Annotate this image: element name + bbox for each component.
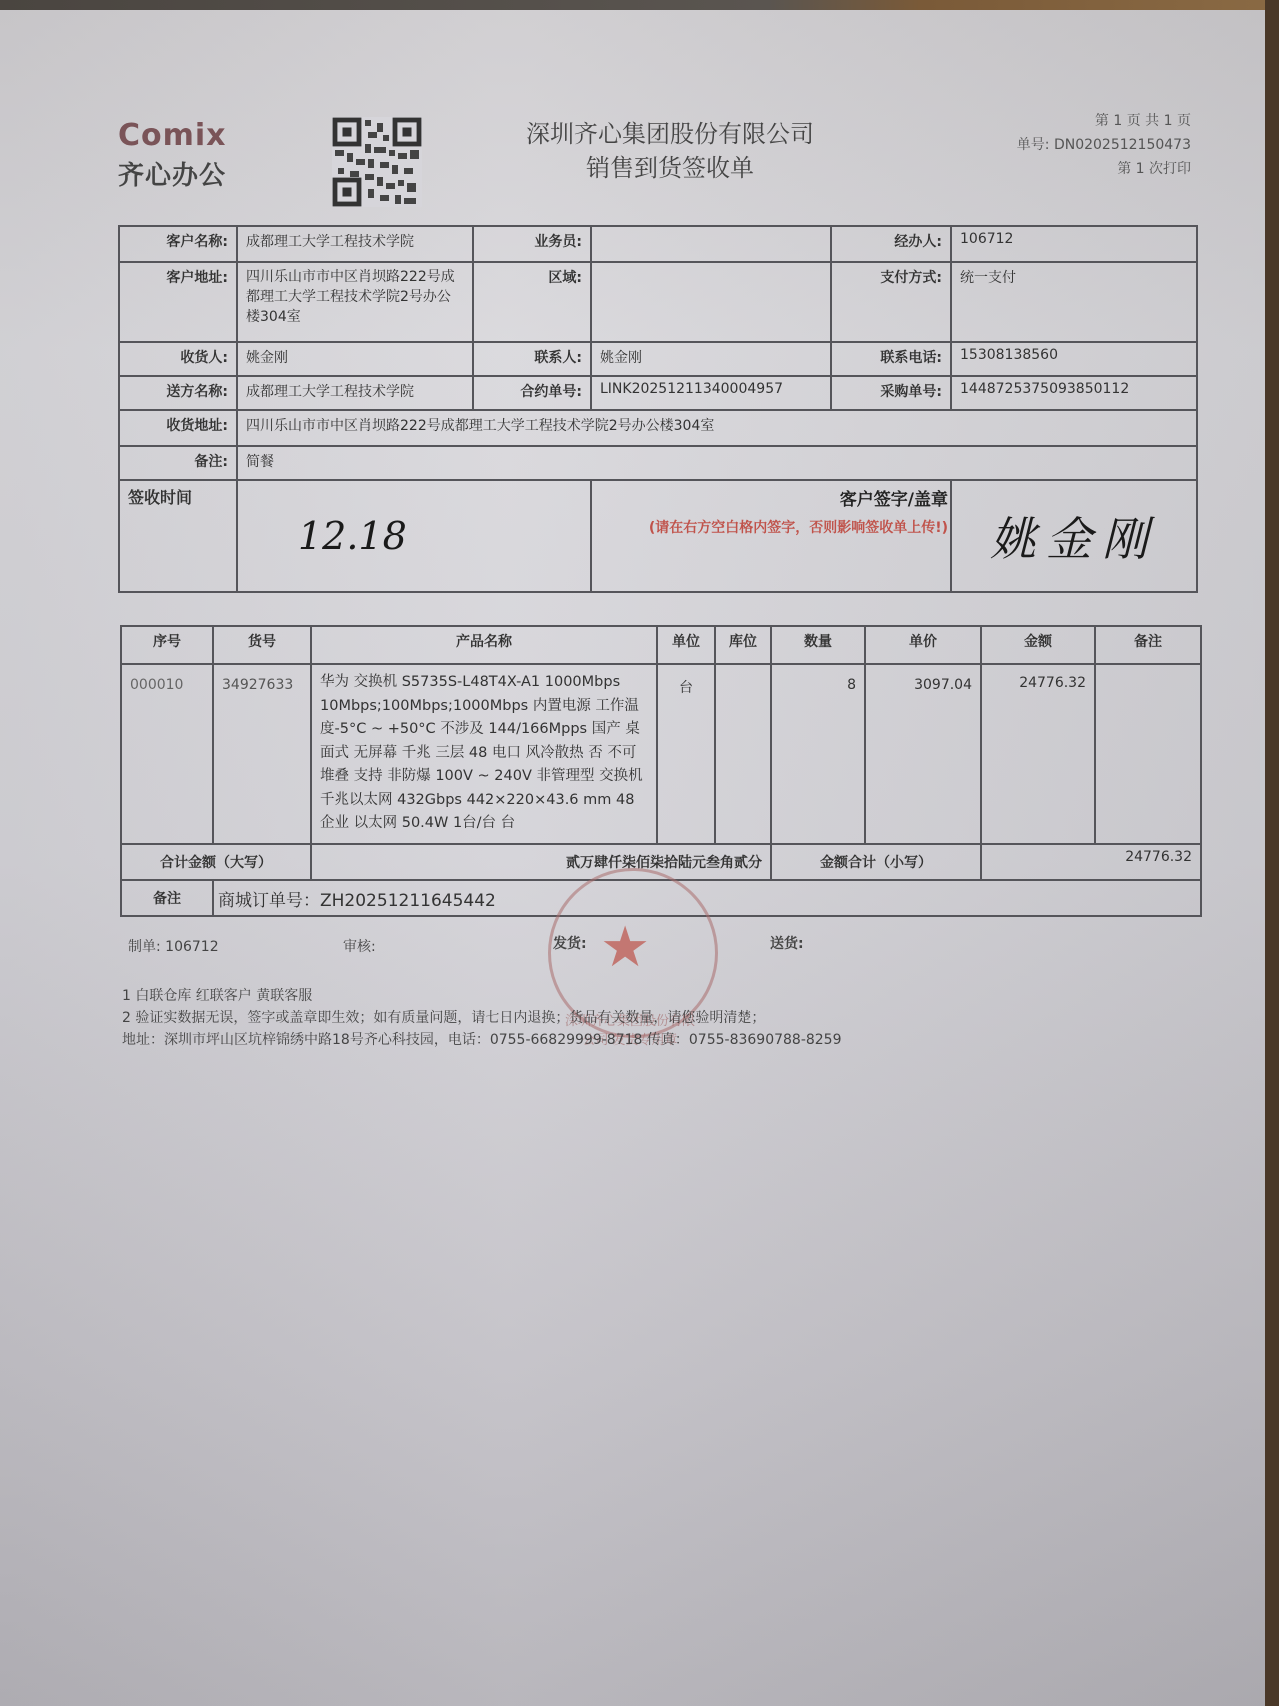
company-name: 深圳齐心集团股份有限公司 <box>480 114 860 149</box>
purchase-number: 1448725375093850112 <box>951 376 1197 410</box>
document-title: 销售到货签收单 <box>480 148 860 183</box>
total-upper-label: 合计金额（大写） <box>121 844 311 880</box>
receiver-label: 收货人: <box>119 342 237 376</box>
col-location: 库位 <box>715 626 771 664</box>
total-lower-label: 金额合计（小写） <box>771 844 981 880</box>
customer-info-table: 客户名称: 成都理工大学工程技术学院 业务员: 经办人: 106712 客户地址… <box>118 225 1198 593</box>
receiver: 姚金刚 <box>237 342 473 376</box>
salesperson <box>591 226 831 262</box>
page-info: 第 1 页 共 1 页 <box>1095 110 1191 130</box>
payment-label: 支付方式: <box>831 262 951 342</box>
doc-number: 单号: DN0202512150473 <box>1017 134 1191 154</box>
phone: 15308138560 <box>951 342 1197 376</box>
items-header-row: 序号 货号 产品名称 单位 库位 数量 单价 金额 备注 <box>121 626 1201 664</box>
item-sku: 34927633 <box>213 664 311 844</box>
customer-address-label: 客户地址: <box>119 262 237 342</box>
col-price: 单价 <box>865 626 981 664</box>
contact-label: 联系人: <box>473 342 591 376</box>
maker: 制单: 106712 <box>128 936 219 956</box>
doc-number-value: DN0202512150473 <box>1054 137 1191 153</box>
signature-label: 客户签字/盖章 <box>600 485 948 510</box>
col-sku: 货号 <box>213 626 311 664</box>
handler-label: 经办人: <box>831 226 951 262</box>
deliver-label: 送货: <box>770 933 804 953</box>
logo-comix: Comix <box>118 118 227 153</box>
col-seq: 序号 <box>121 626 213 664</box>
footer-note-terms: 2 验证实数据无误，签字或盖章即生效；如有质量问题，请七日内退换；货品有关数量，… <box>122 1007 765 1027</box>
maker-label: 制单: <box>128 939 161 955</box>
col-product-name: 产品名称 <box>311 626 657 664</box>
delivery-address-label: 收货地址: <box>119 410 237 446</box>
col-remark: 备注 <box>1095 626 1201 664</box>
contract-number: LINK20251211340004957 <box>591 376 831 410</box>
item-seq: 000010 <box>121 664 213 844</box>
contract-label: 合约单号: <box>473 376 591 410</box>
total-upper: 贰万肆仟柒佰柒拾陆元叁角贰分 <box>311 844 771 880</box>
ship-label: 发货: <box>553 933 587 953</box>
logo-chinese: 齐心办公 <box>118 155 226 192</box>
item-name: 华为 交换机 S5735S-L48T4X-A1 1000Mbps 10Mbps;… <box>311 664 657 844</box>
sign-time-handwritten: 12.18 <box>298 514 407 558</box>
table-row: 000010 34927633 华为 交换机 S5735S-L48T4X-A1 … <box>121 664 1201 844</box>
remark: 简餐 <box>237 446 1197 480</box>
col-amount: 金额 <box>981 626 1095 664</box>
col-qty: 数量 <box>771 626 865 664</box>
item-price: 3097.04 <box>865 664 981 844</box>
payment-method: 统一支付 <box>951 262 1197 342</box>
maker-value: 106712 <box>165 939 218 955</box>
customer-signature: 姚金刚 <box>990 512 1158 566</box>
signature-note: (请在右方空白格内签字，否则影响签收单上传!) <box>600 516 948 540</box>
item-remark <box>1095 664 1201 844</box>
phone-label: 联系电话: <box>831 342 951 376</box>
handler: 106712 <box>951 226 1197 262</box>
item-amount: 24776.32 <box>981 664 1095 844</box>
total-lower: 24776.32 <box>981 844 1201 880</box>
region <box>591 262 831 342</box>
stamp-star-icon: ★ <box>600 915 650 980</box>
qr-code-icon <box>332 117 422 207</box>
remark-label: 备注: <box>119 446 237 480</box>
ship-to-label: 送方名称: <box>119 376 237 410</box>
customer-address: 四川乐山市市中区肖坝路222号成都理工大学工程技术学院2号办公楼304室 <box>237 262 473 342</box>
review-label: 审核: <box>343 936 376 956</box>
item-qty: 8 <box>771 664 865 844</box>
ship-to: 成都理工大学工程技术学院 <box>237 376 473 410</box>
purchase-label: 采购单号: <box>831 376 951 410</box>
background-edge <box>1265 0 1279 1706</box>
item-unit: 台 <box>657 664 715 844</box>
print-count: 第 1 次打印 <box>1117 158 1191 178</box>
region-label: 区域: <box>473 262 591 342</box>
footer-note-copies: 1 白联仓库 红联客户 黄联客服 <box>122 985 312 1005</box>
sign-time-label: 签收时间 <box>119 480 237 592</box>
contact: 姚金刚 <box>591 342 831 376</box>
doc-number-label: 单号: <box>1017 137 1050 153</box>
customer-name: 成都理工大学工程技术学院 <box>237 226 473 262</box>
customer-name-label: 客户名称: <box>119 226 237 262</box>
col-unit: 单位 <box>657 626 715 664</box>
footer-address: 地址：深圳市坪山区坑梓锦绣中路18号齐心科技园，电话：0755-66829999… <box>122 1029 842 1049</box>
delivery-address: 四川乐山市市中区肖坝路222号成都理工大学工程技术学院2号办公楼304室 <box>237 410 1197 446</box>
order-remark-label: 备注 <box>121 880 213 916</box>
salesperson-label: 业务员: <box>473 226 591 262</box>
item-location <box>715 664 771 844</box>
